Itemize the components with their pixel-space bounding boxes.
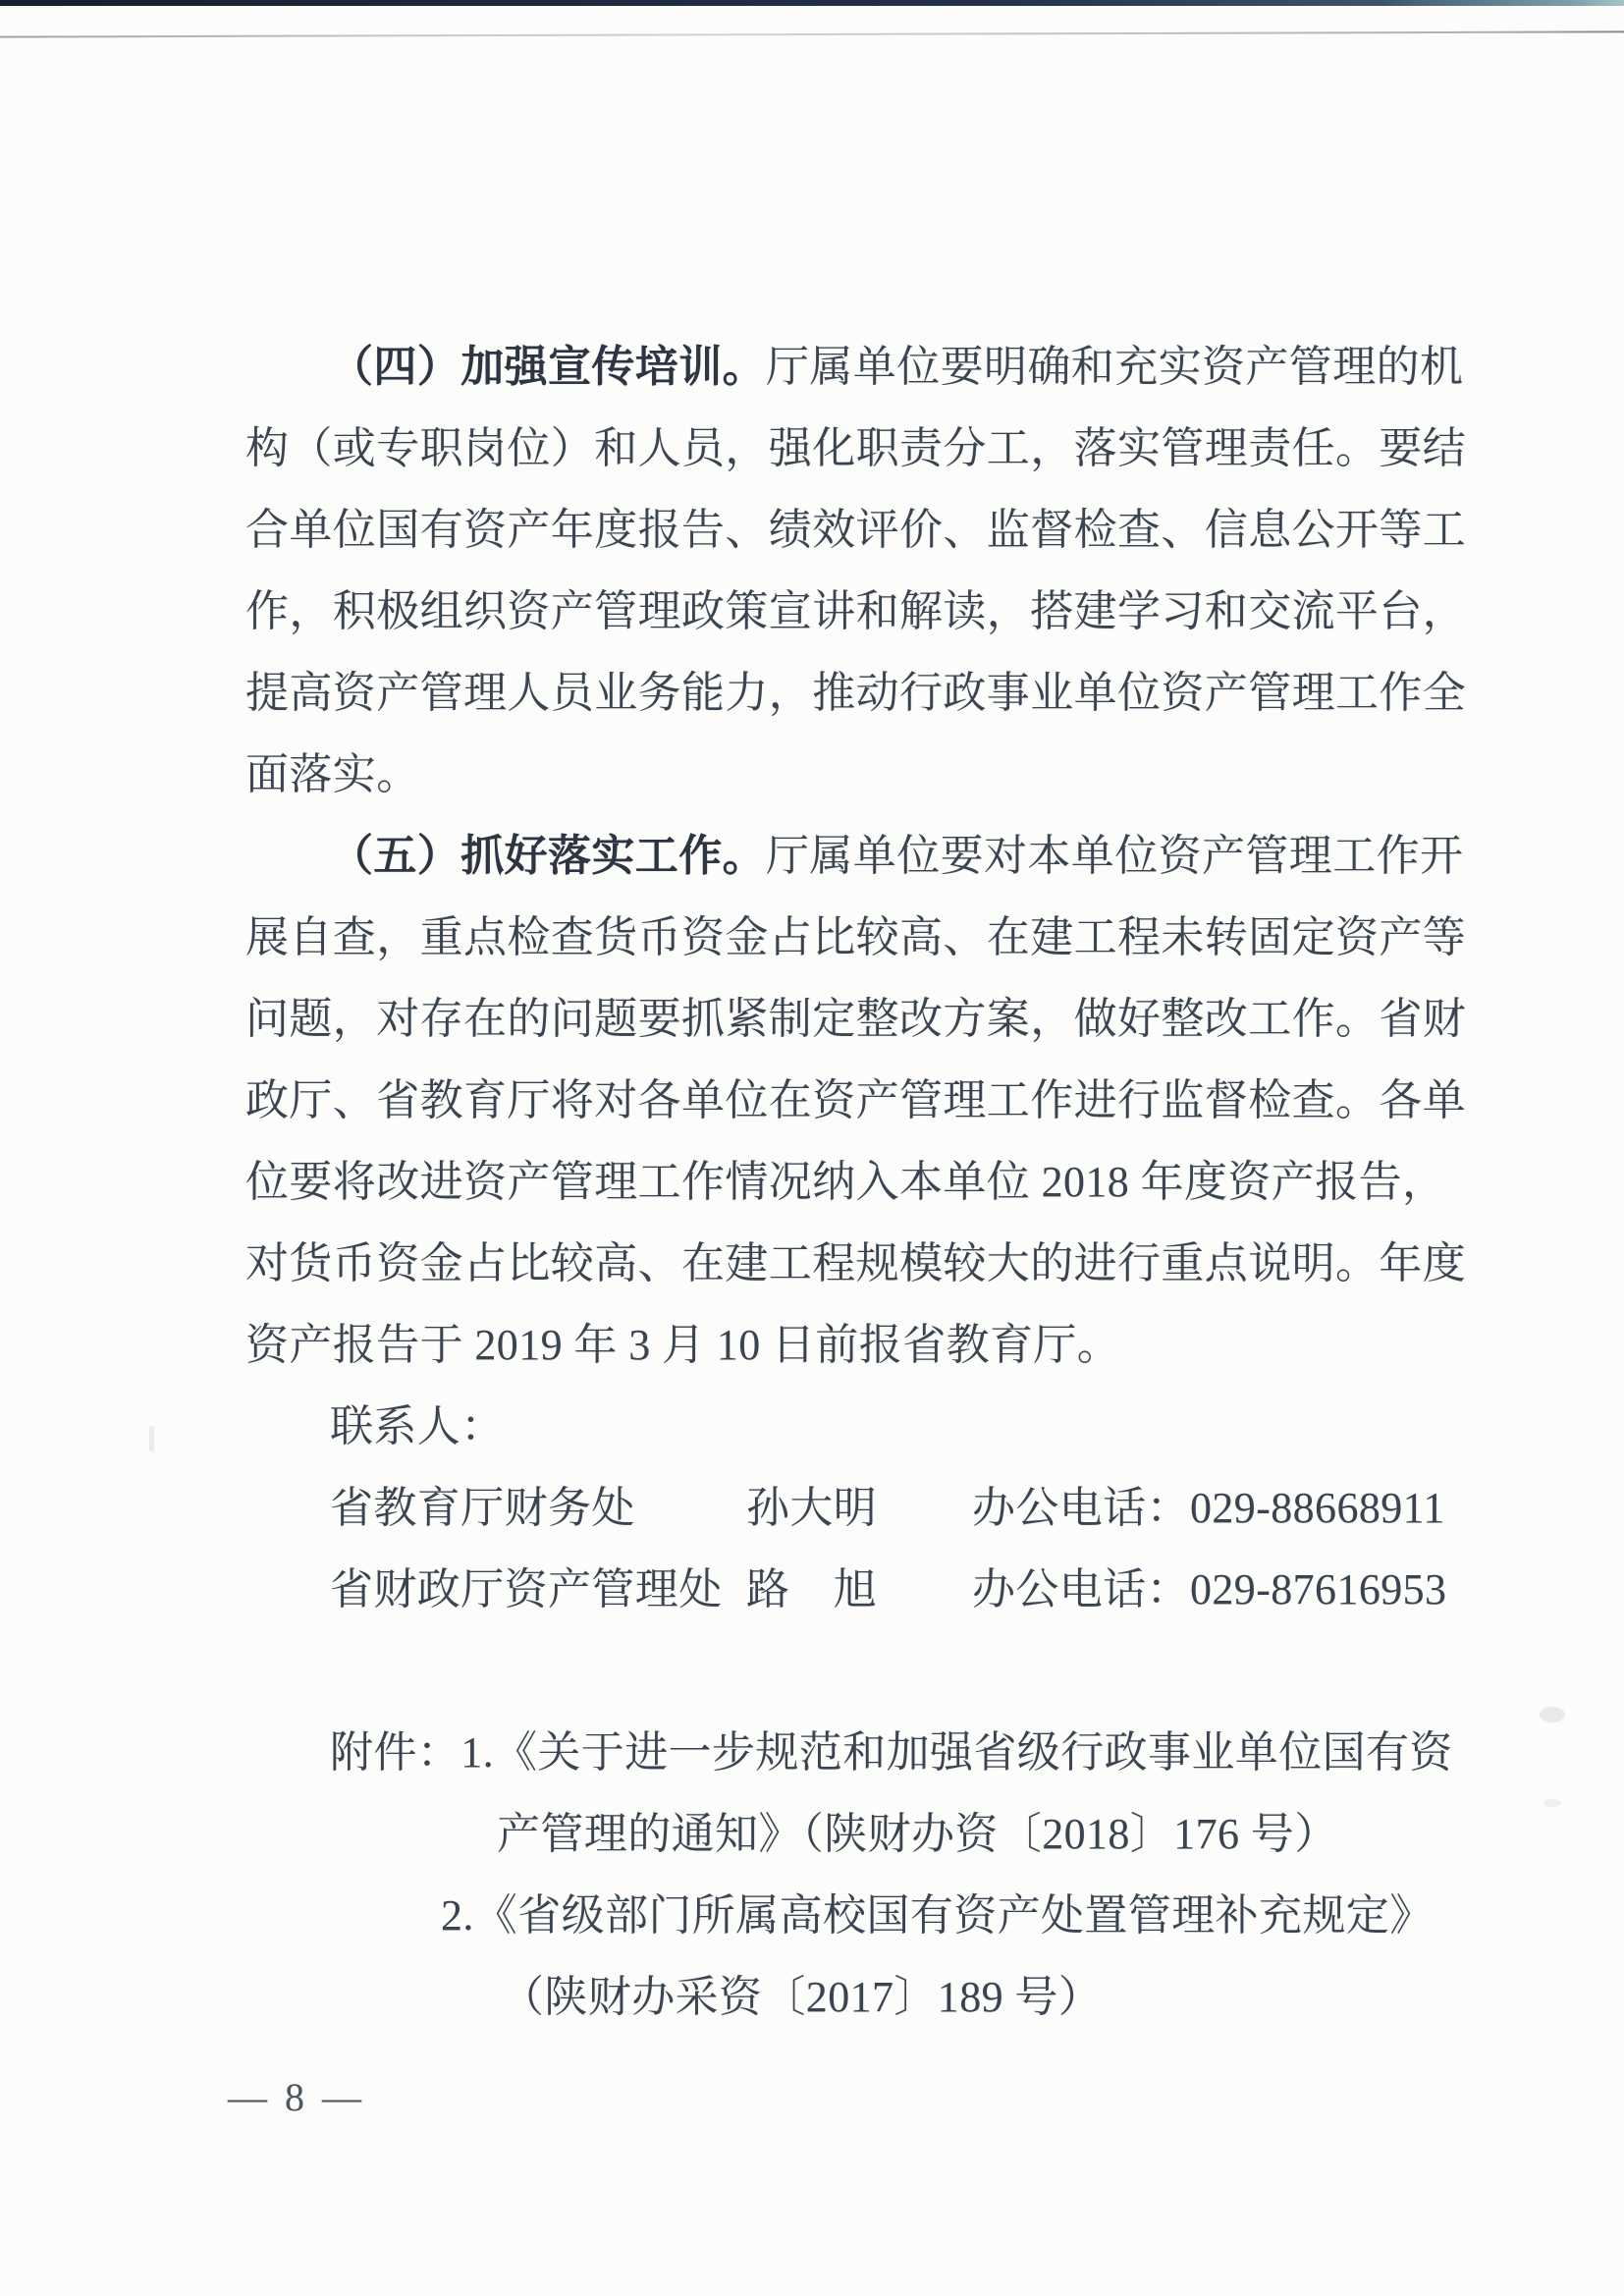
contact-org: 省财政厅资产管理处 xyxy=(330,1565,723,1613)
scan-edge-artifact xyxy=(0,0,1624,6)
document-page: （四）加强宣传培训。厅属单位要明确和充实资产管理的机 构（或专职岗位）和人员，强… xyxy=(0,0,1624,2296)
page-number: — 8 — xyxy=(228,2074,365,2120)
attachment-1-title-start: 1.《关于进一步规范和加强省级行政事业单位国有资 xyxy=(460,1728,1453,1777)
contacts-label: 联系人： xyxy=(330,1401,505,1452)
scan-smudge-artifact xyxy=(1540,1707,1565,1722)
attachment-2-title: 2.《省级部门所属高校国有资产处置管理补充规定》 xyxy=(441,1890,1434,1941)
section5-line-5: 位要将改进资产管理工作情况纳入本单位 2018 年度资产报告， xyxy=(245,1157,1445,1208)
phone-number: 029-88668911 xyxy=(1190,1484,1445,1532)
contact-phone: 办公电话：029-87616953 xyxy=(972,1564,1446,1615)
section4-line-2: 构（或专职岗位）和人员，强化职责分工，落实管理责任。要结 xyxy=(245,423,1466,474)
contact-org: 省教育厅财务处 xyxy=(330,1484,635,1532)
section5-text: 厅属单位要对本单位资产管理工作开 xyxy=(766,832,1463,880)
section5-line-3: 问题，对存在的问题要抓紧制定整改方案，做好整改工作。省财 xyxy=(245,994,1466,1045)
attachments-line-1: 附件：1.《关于进一步规范和加强省级行政事业单位国有资 xyxy=(330,1727,1453,1778)
attachment-1-title-end: 产管理的通知》（陕财办资〔2018〕176 号） xyxy=(497,1809,1338,1860)
scan-smudge-artifact xyxy=(149,1426,154,1451)
section4-heading: （四）加强宣传培训。 xyxy=(330,343,766,391)
contact-person: 孙大明 xyxy=(746,1483,877,1534)
section5-line-2: 展自查，重点检查货币资金占比较高、在建工程未转固定资产等 xyxy=(245,912,1466,963)
phone-number: 029-87616953 xyxy=(1190,1565,1446,1613)
section4-line-5: 提高资产管理人员业务能力，推动行政事业单位资产管理工作全 xyxy=(245,668,1466,719)
contact-row: 省财政厅资产管理处 路 旭 办公电话：029-87616953 xyxy=(330,1564,1469,1615)
section5-line-6: 对货币资金占比较高、在建工程规模较大的进行重点说明。年度 xyxy=(245,1238,1466,1289)
attachment-2-doc-number: （陕财办采资〔2017〕189 号） xyxy=(501,1972,1102,2023)
section4-line-1: （四）加强宣传培训。厅属单位要明确和充实资产管理的机 xyxy=(330,342,1463,393)
section5-line-1: （五）抓好落实工作。厅属单位要对本单位资产管理工作开 xyxy=(330,831,1463,882)
section4-text: 厅属单位要明确和充实资产管理的机 xyxy=(766,343,1463,391)
phone-label: 办公电话： xyxy=(972,1565,1190,1613)
section5-line-4: 政厅、省教育厅将对各单位在资产管理工作进行监督检查。各单 xyxy=(245,1075,1466,1126)
contact-person: 路 旭 xyxy=(746,1564,877,1615)
phone-label: 办公电话： xyxy=(972,1484,1190,1532)
scan-smudge-artifact xyxy=(1543,1799,1561,1807)
attachments-label: 附件： xyxy=(330,1728,460,1777)
section5-heading: （五）抓好落实工作。 xyxy=(330,832,766,880)
contact-row: 省教育厅财务处 孙大明 办公电话：029-88668911 xyxy=(330,1483,1469,1534)
scan-line-artifact xyxy=(0,30,1624,37)
contact-phone: 办公电话：029-88668911 xyxy=(972,1483,1445,1534)
section5-line-7: 资产报告于 2019 年 3 月 10 日前报省教育厅。 xyxy=(245,1320,1120,1371)
section4-line-4: 作，积极组织资产管理政策宣讲和解读，搭建学习和交流平台， xyxy=(245,586,1466,637)
section4-line-3: 合单位国有资产年度报告、绩效评价、监督检查、信息公开等工 xyxy=(245,505,1466,556)
section4-line-6: 面落实。 xyxy=(245,749,420,800)
